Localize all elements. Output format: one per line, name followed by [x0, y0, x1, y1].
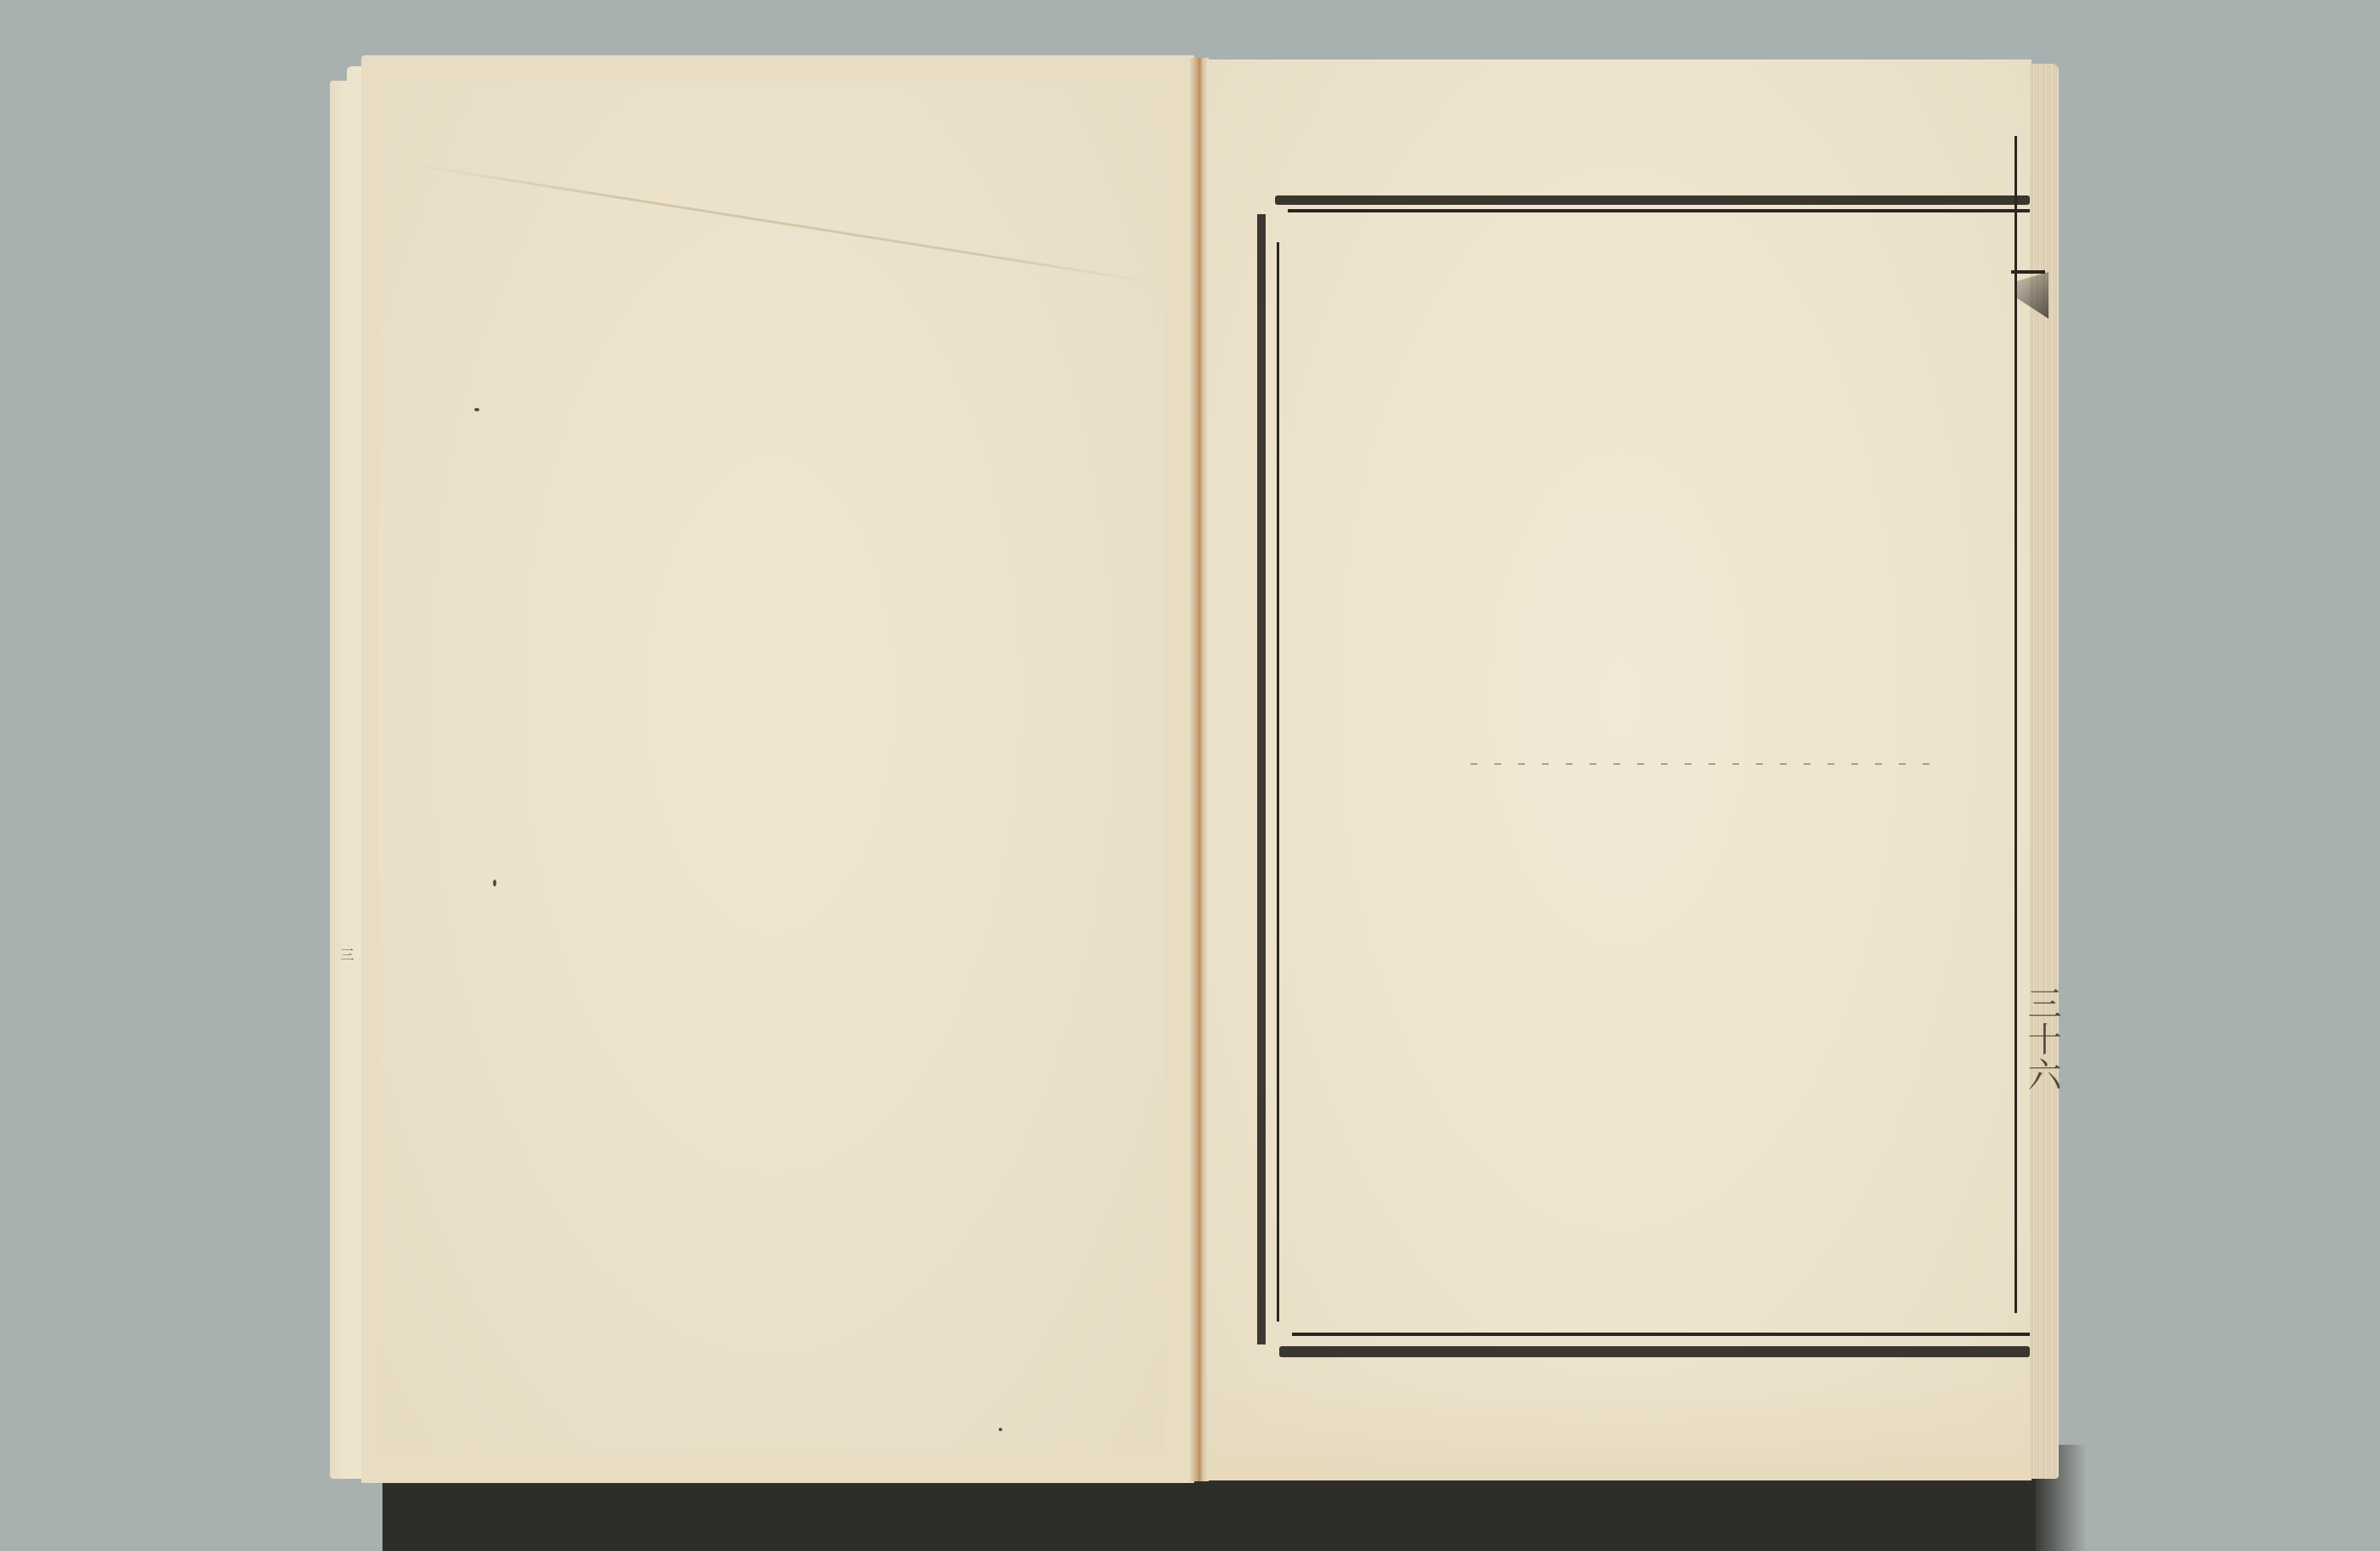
frame-bottom-thick-rule — [1279, 1346, 2030, 1357]
ink-speck — [999, 1428, 1002, 1431]
left-page-surface — [378, 81, 1164, 1449]
frame-left-thin-rule — [1277, 242, 1279, 1322]
right-page — [1207, 59, 2031, 1480]
frame-left-thick-rule — [1257, 214, 1266, 1344]
frame-bottom-thin-rule — [1292, 1333, 2030, 1336]
left-spine-mark: 三 — [336, 948, 353, 961]
frame-right-thin-rule — [2014, 136, 2017, 1313]
frame-top-thin-rule — [1288, 209, 2030, 212]
fishtail-bar — [2011, 270, 2045, 274]
faint-ink-trace — [1470, 763, 1929, 765]
ink-speck — [493, 880, 496, 886]
right-page-bottom-margin — [1207, 1381, 2031, 1480]
book-shadow — [382, 1477, 2048, 1551]
ink-speck — [474, 408, 479, 411]
frame-top-thick-rule — [1275, 195, 2030, 205]
margin-leaf-number: 三十六 — [2025, 986, 2059, 1093]
book-gutter — [1190, 58, 1209, 1481]
